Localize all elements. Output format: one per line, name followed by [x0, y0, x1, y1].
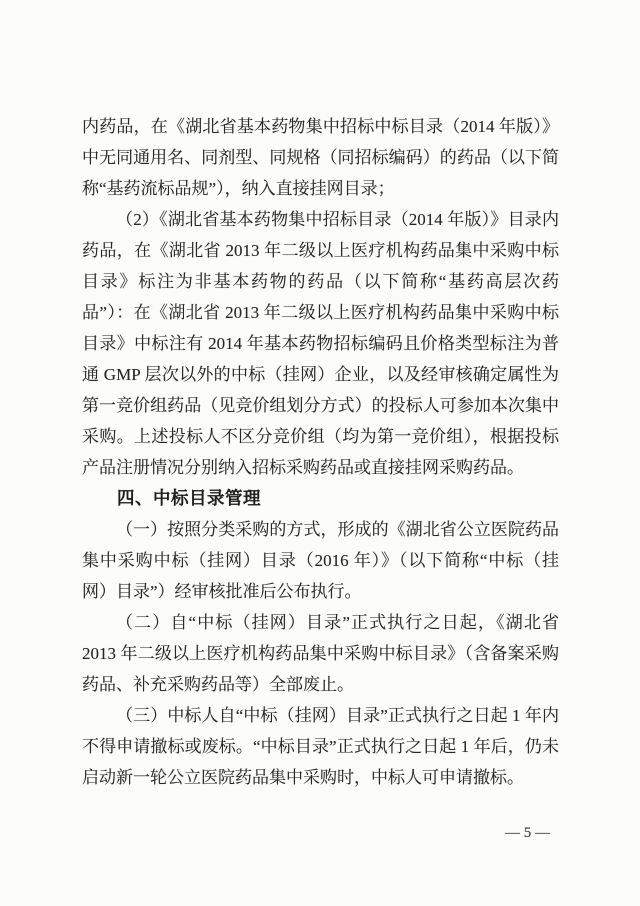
paragraph-item-2: （二）自“中标（挂网）目录”正式执行之日起，《湖北省 2013 年二级以上医疗机… — [82, 607, 559, 700]
paragraph-continuation: 内药品，在《湖北省基本药物集中招标中标目录（2014 年版）》中无同通用名、同剂… — [82, 111, 559, 204]
document-page: 内药品，在《湖北省基本药物集中招标中标目录（2014 年版）》中无同通用名、同剂… — [0, 0, 640, 906]
section-heading-catalog-management: 四、中标目录管理 — [82, 483, 559, 514]
paragraph-list-item-2: （2）《湖北省基本药物集中招标目录（2014 年版）》目录内药品，在《湖北省 2… — [82, 204, 559, 483]
paragraph-item-3: （三）中标人自“中标（挂网）目录”正式执行之日起 1 年内不得申请撤标或废标。“… — [82, 700, 559, 793]
page-footer: — 5 — — [505, 822, 550, 844]
paragraph-item-1: （一）按照分类采购的方式，形成的《湖北省公立医院药品集中采购中标（挂网）目录（2… — [82, 514, 559, 607]
document-body: 内药品，在《湖北省基本药物集中招标中标目录（2014 年版）》中无同通用名、同剂… — [82, 111, 559, 793]
page-number: — 5 — — [505, 825, 550, 841]
